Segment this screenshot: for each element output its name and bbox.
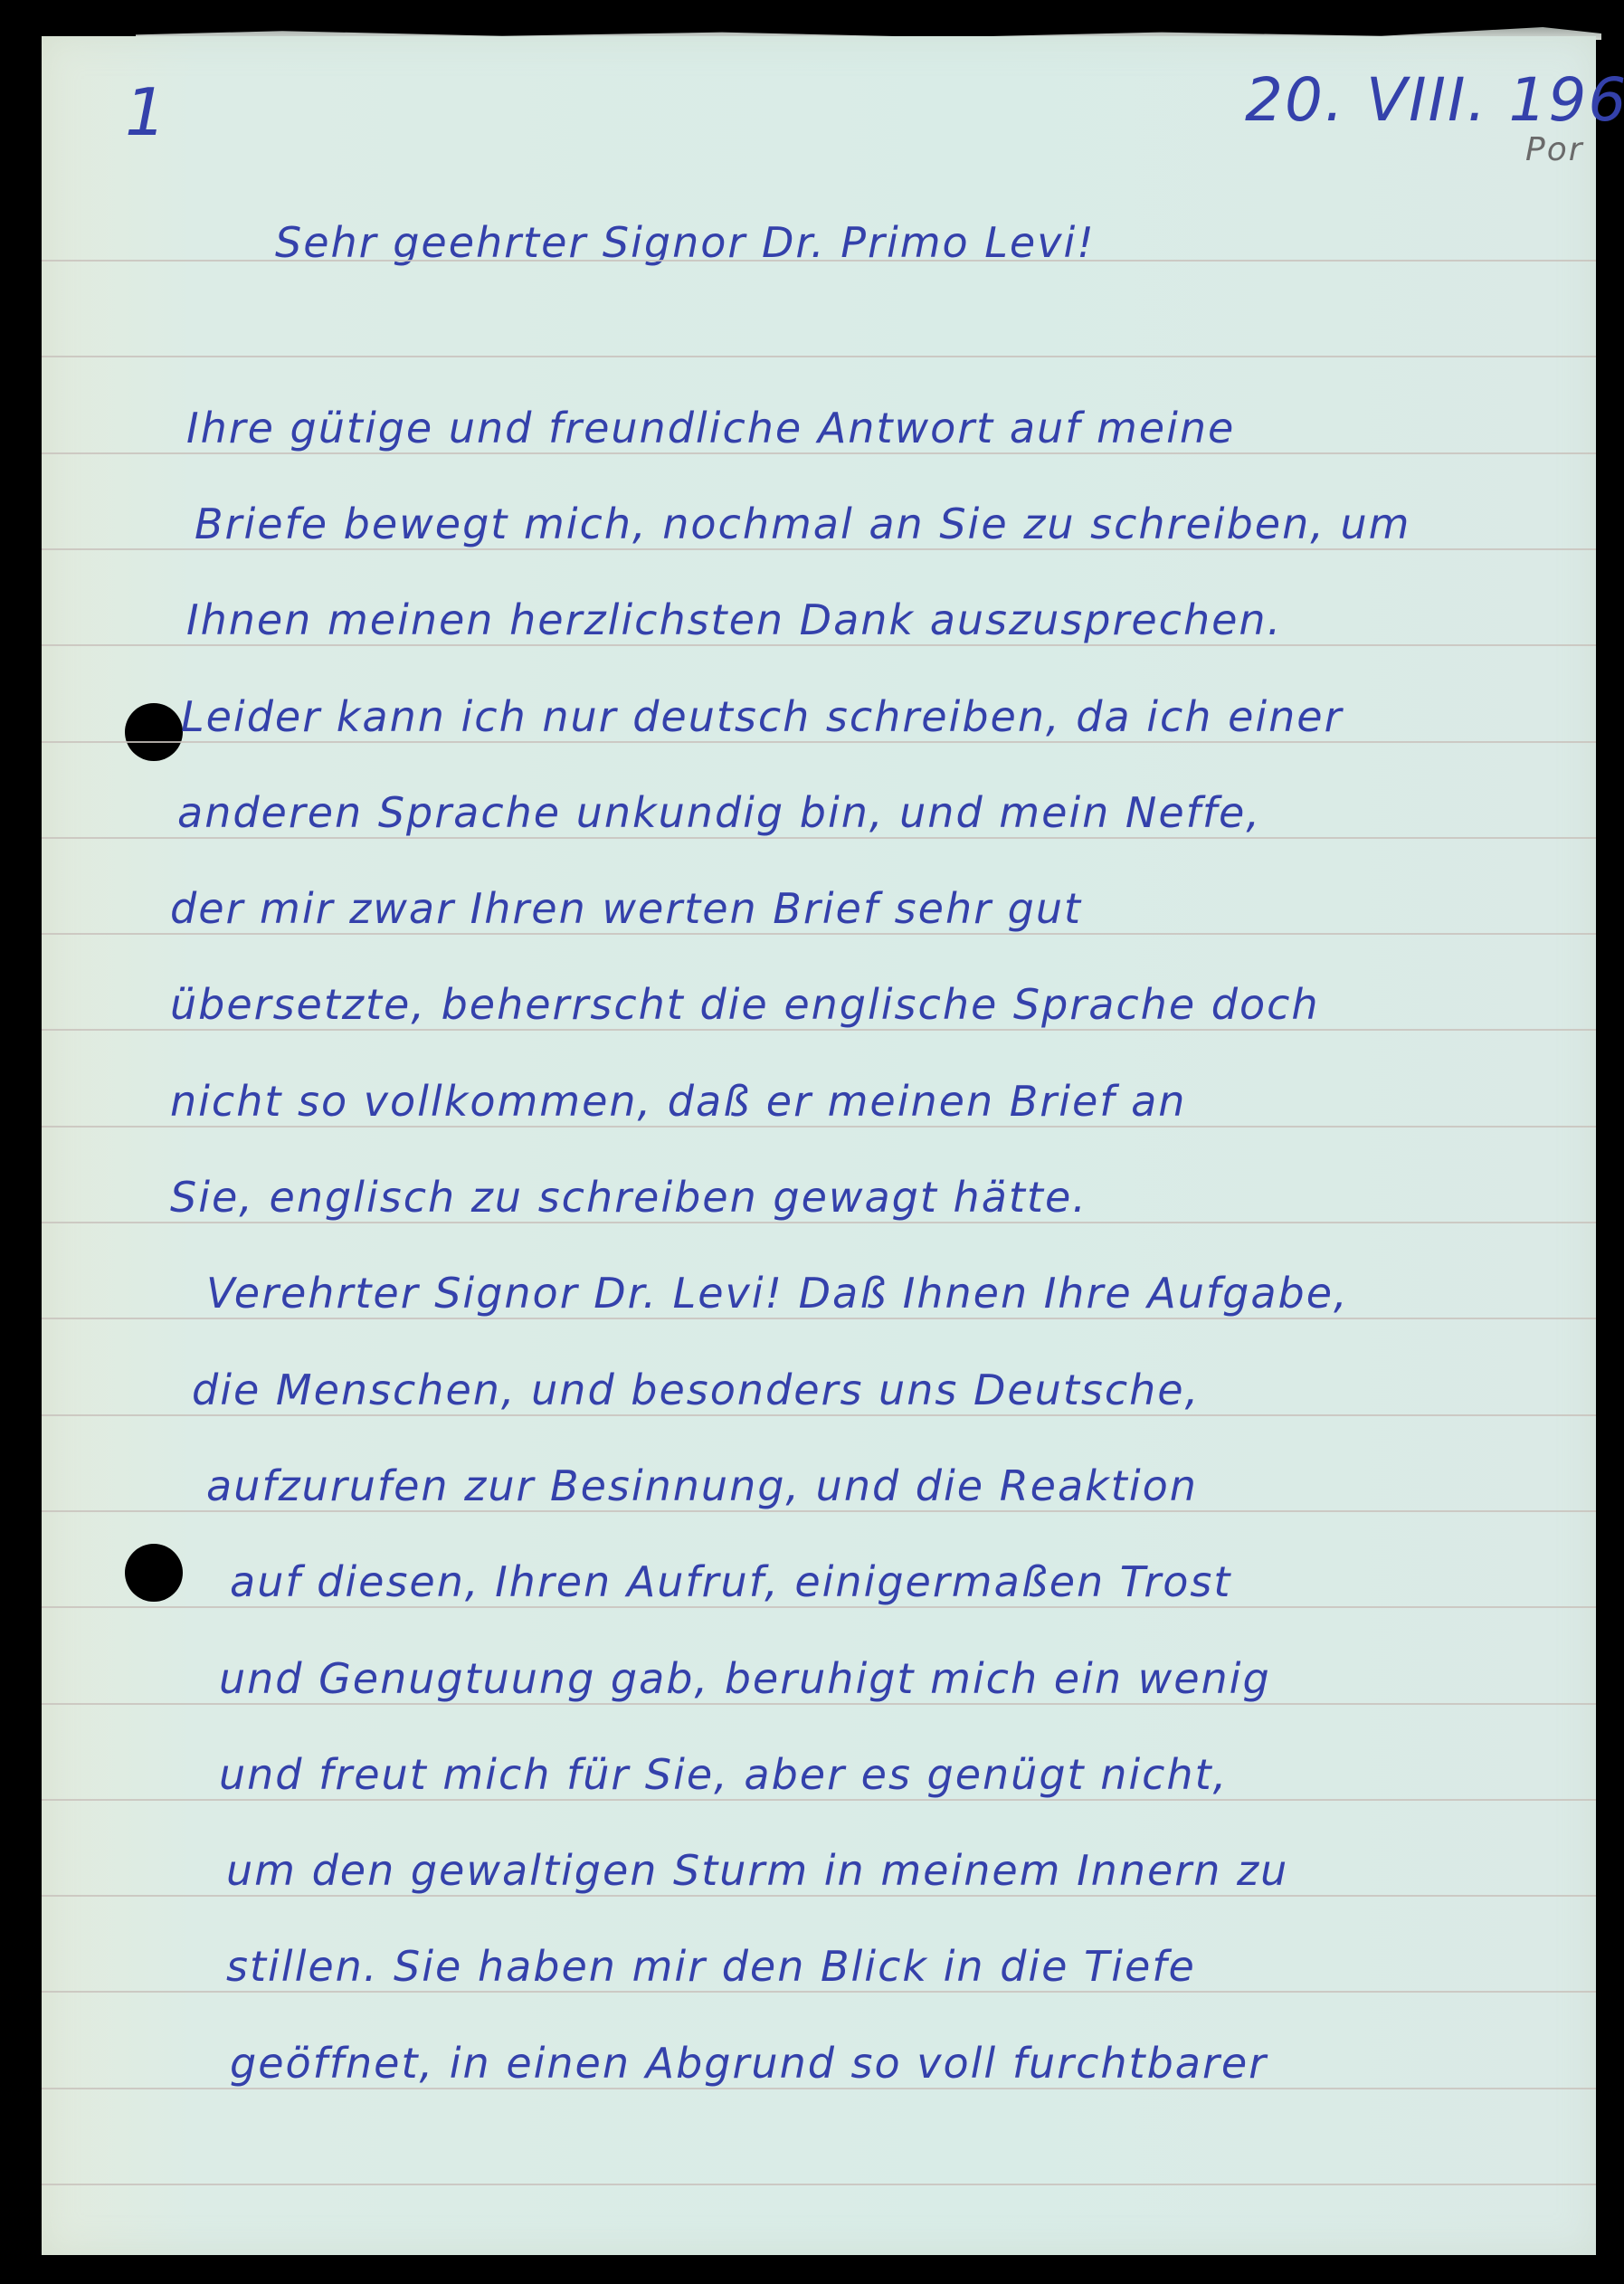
ruled-line: [42, 933, 1596, 935]
ruled-line: [42, 2184, 1596, 2185]
ruled-line: [42, 1029, 1596, 1031]
ruled-line: [42, 452, 1596, 454]
letter-line: um den gewaltigen Sturm in meinem Innern…: [226, 1850, 1288, 1891]
ruled-line: [42, 1222, 1596, 1223]
letter-line: und Genugtuung gab, beruhigt mich ein we…: [219, 1658, 1271, 1699]
letter-line: anderen Sprache unkundig bin, und mein N…: [177, 792, 1261, 833]
letter-line: geöffnet, in einen Abgrund so voll furch…: [230, 2042, 1268, 2084]
letter-line: übersetzte, beherrscht die englische Spr…: [170, 984, 1320, 1025]
punch-hole: [125, 1544, 183, 1602]
ruled-line: [42, 1703, 1596, 1705]
ruled-line: [42, 1126, 1596, 1128]
letter-line: auf diesen, Ihren Aufruf, einigermaßen T…: [230, 1561, 1231, 1603]
letter-line: die Menschen, und besonders uns Deutsche…: [192, 1369, 1200, 1411]
ruled-line: [42, 1318, 1596, 1319]
letter-line: stillen. Sie haben mir den Blick in die …: [226, 1946, 1196, 1987]
ruled-line: [42, 548, 1596, 550]
letter-line: aufzurufen zur Besinnung, und die Reakti…: [206, 1465, 1198, 1507]
letter-line: Ihre gütige und freundliche Antwort auf …: [186, 407, 1235, 449]
letter-line: Sie, englisch zu schreiben gewagt hätte.: [170, 1176, 1087, 1218]
ruled-line: [42, 644, 1596, 646]
letter-line: Ihnen meinen herzlichsten Dank auszuspre…: [186, 599, 1282, 641]
punch-hole: [125, 703, 183, 761]
letter-line: Briefe bewegt mich, nochmal an Sie zu sc…: [195, 503, 1410, 545]
letter-line: Verehrter Signor Dr. Levi! Daß Ihnen Ihr…: [206, 1272, 1349, 1314]
letter-line: Leider kann ich nur deutsch schreiben, d…: [181, 696, 1344, 738]
ruled-line: [42, 741, 1596, 743]
ruled-line: [42, 837, 1596, 839]
archive-initials: Por: [1525, 134, 1584, 167]
ruled-line: [42, 1799, 1596, 1801]
letter-line: nicht so vollkommen, daß er meinen Brief…: [170, 1080, 1186, 1122]
ruled-line: [42, 1991, 1596, 1993]
ruled-line: [42, 1606, 1596, 1608]
ruled-line: [42, 260, 1596, 262]
page-number: 1: [125, 80, 168, 145]
letter-date: 20. VIII. 1969: [1245, 71, 1624, 130]
ruled-line: [42, 1510, 1596, 1512]
letter-page: 1 20. VIII. 1969 Por Sehr geehrter Signo…: [42, 36, 1596, 2255]
ruled-line: [42, 1414, 1596, 1416]
ruled-line: [42, 356, 1596, 357]
salutation: Sehr geehrter Signor Dr. Primo Levi!: [275, 222, 1096, 263]
letter-line: und freut mich für Sie, aber es genügt n…: [219, 1754, 1228, 1795]
ruled-line: [42, 2088, 1596, 2089]
ruled-line: [42, 1895, 1596, 1897]
letter-line: der mir zwar Ihren werten Brief sehr gut: [170, 888, 1082, 929]
